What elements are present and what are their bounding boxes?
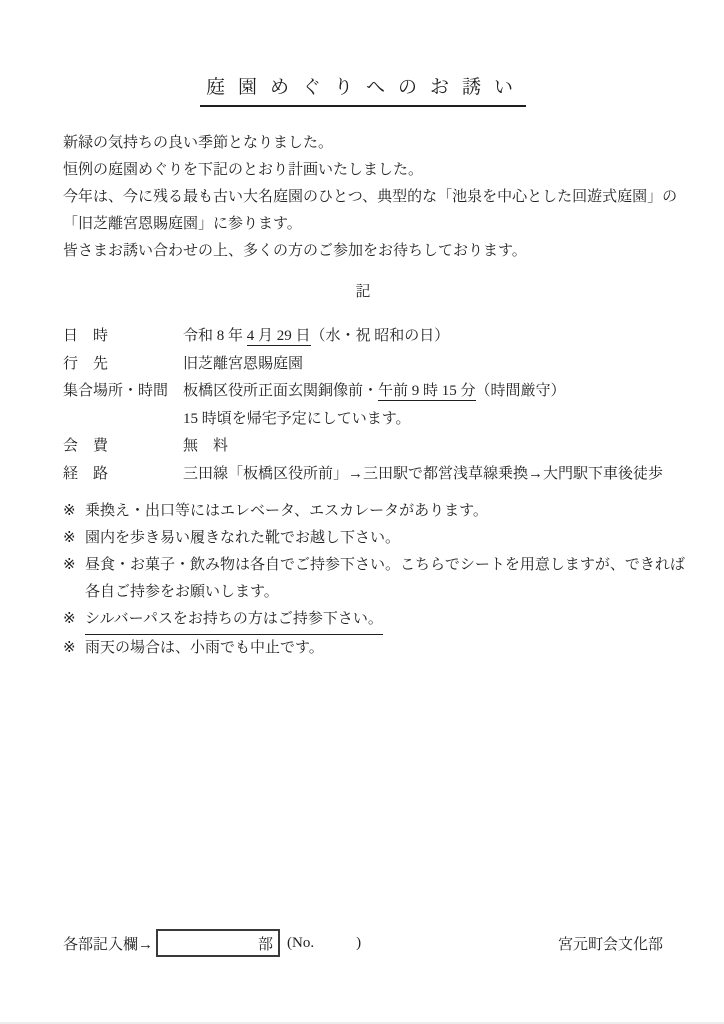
unit-suffix: 部 — [258, 933, 273, 954]
detail-row-route: 経 路 三田線「板橋区役所前」→三田駅で都営浅草線乗換→大門駅下車後徒歩 — [63, 461, 663, 489]
detail-value-meeting: 板橋区役所正面玄関銅像前・午前 9 時 15 分（時間厳守） — [183, 378, 566, 406]
note-text-5: 雨天の場合は、小雨でも中止です。 — [85, 635, 324, 662]
note-marker-icon: ※ — [63, 635, 85, 662]
intro-line-2: 恒例の庭園めぐりを下記のとおり計画いたしました。 — [63, 157, 663, 184]
datetime-weekday: （水・祝 昭和の日） — [311, 328, 450, 344]
entry-label: 各部記入欄→ — [63, 933, 153, 954]
meeting-time-underlined: 午前 9 時 15 分 — [378, 383, 476, 401]
detail-row-destination: 行 先 旧芝離宮恩賜庭園 — [63, 351, 663, 379]
detail-row-meeting-cont: 15 時頃を帰宅予定にしています。 — [63, 406, 663, 434]
meeting-return-note: 15 時頃を帰宅予定にしています。 — [183, 406, 411, 434]
detail-label-route: 経 路 — [63, 461, 183, 489]
details-list: 日 時 令和 8 年 4 月 29 日（水・祝 昭和の日） 行 先 旧芝離宮恩賜… — [63, 323, 663, 488]
detail-value-route: 三田線「板橋区役所前」→三田駅で都営浅草線乗換→大門駅下車後徒歩 — [183, 461, 663, 489]
note-marker-icon: ※ — [63, 552, 85, 579]
number-close-paren: ) — [356, 935, 361, 952]
footer-row: 各部記入欄→ 部 (No. ) 宮元町会文化部 — [63, 929, 663, 957]
note-marker-icon: ※ — [63, 525, 85, 552]
intro-line-4: 「旧芝離宮恩賜庭園」に参ります。 — [63, 211, 663, 238]
note-marker-icon: ※ — [63, 606, 85, 635]
intro-line-3: 今年は、今に残る最も古い大名庭園のひとつ、典型的な「池泉を中心とした回遊式庭園」… — [63, 184, 663, 211]
detail-value-fee: 無 料 — [183, 433, 228, 461]
number-open-paren: (No. — [287, 935, 314, 952]
intro-line-5: 皆さまお誘い合わせの上、多くの方のご参加をお待ちしております。 — [63, 238, 663, 265]
detail-label-destination: 行 先 — [63, 351, 183, 379]
document-page: 庭園めぐりへのお誘い 新緑の気持ちの良い季節となりました。 恒例の庭園めぐりを下… — [0, 0, 724, 1024]
intro-line-1: 新緑の気持ちの良い季節となりました。 — [63, 130, 663, 157]
record-marker: 記 — [63, 279, 663, 306]
page-title: 庭園めぐりへのお誘い — [200, 72, 526, 107]
note-row-3: ※ 昼食・お菓子・飲み物は各自でご持参下さい。こちらでシートを用意しますが、でき… — [63, 552, 663, 579]
note-text-2: 園内を歩き易い履きなれた靴でお越し下さい。 — [85, 525, 400, 552]
meeting-place: 板橋区役所正面玄関銅像前・ — [183, 383, 378, 399]
notes-list: ※ 乗換え・出口等にはエレベータ、エスカレータがあります。 ※ 園内を歩き易い履… — [63, 498, 663, 662]
detail-label-fee: 会 費 — [63, 433, 183, 461]
detail-label-datetime: 日 時 — [63, 323, 183, 351]
note-row-4: ※ シルバーパスをお持ちの方はご持参下さい。 — [63, 606, 663, 635]
note-row-2: ※ 園内を歩き易い履きなれた靴でお越し下さい。 — [63, 525, 663, 552]
unit-count-entry-box[interactable]: 部 — [156, 929, 280, 957]
note-text-1: 乗換え・出口等にはエレベータ、エスカレータがあります。 — [85, 498, 488, 525]
intro-paragraph: 新緑の気持ちの良い季節となりました。 恒例の庭園めぐりを下記のとおり計画いたしま… — [63, 130, 663, 265]
detail-row-datetime: 日 時 令和 8 年 4 月 29 日（水・祝 昭和の日） — [63, 323, 663, 351]
datetime-era: 令和 8 年 — [183, 328, 247, 344]
note-text-4-underlined: シルバーパスをお持ちの方はご持参下さい。 — [85, 606, 383, 635]
note-text-3-continuation: 各自ご持参をお願いします。 — [85, 579, 663, 606]
organization-name: 宮元町会文化部 — [558, 933, 663, 954]
note-row-5: ※ 雨天の場合は、小雨でも中止です。 — [63, 635, 663, 662]
detail-row-fee: 会 費 無 料 — [63, 433, 663, 461]
note-row-1: ※ 乗換え・出口等にはエレベータ、エスカレータがあります。 — [63, 498, 663, 525]
detail-value-datetime: 令和 8 年 4 月 29 日（水・祝 昭和の日） — [183, 323, 449, 351]
detail-value-destination: 旧芝離宮恩賜庭園 — [183, 351, 303, 379]
datetime-date-underlined: 4 月 29 日 — [247, 328, 311, 346]
detail-label-meeting: 集合場所・時間 — [63, 378, 183, 406]
title-row: 庭園めぐりへのお誘い — [63, 72, 663, 107]
detail-row-meeting: 集合場所・時間 板橋区役所正面玄関銅像前・午前 9 時 15 分（時間厳守） — [63, 378, 663, 406]
note-text-3: 昼食・お菓子・飲み物は各自でご持参下さい。こちらでシートを用意しますが、できれば — [85, 552, 685, 579]
note-marker-icon: ※ — [63, 498, 85, 525]
meeting-punctuality: （時間厳守） — [476, 383, 566, 399]
